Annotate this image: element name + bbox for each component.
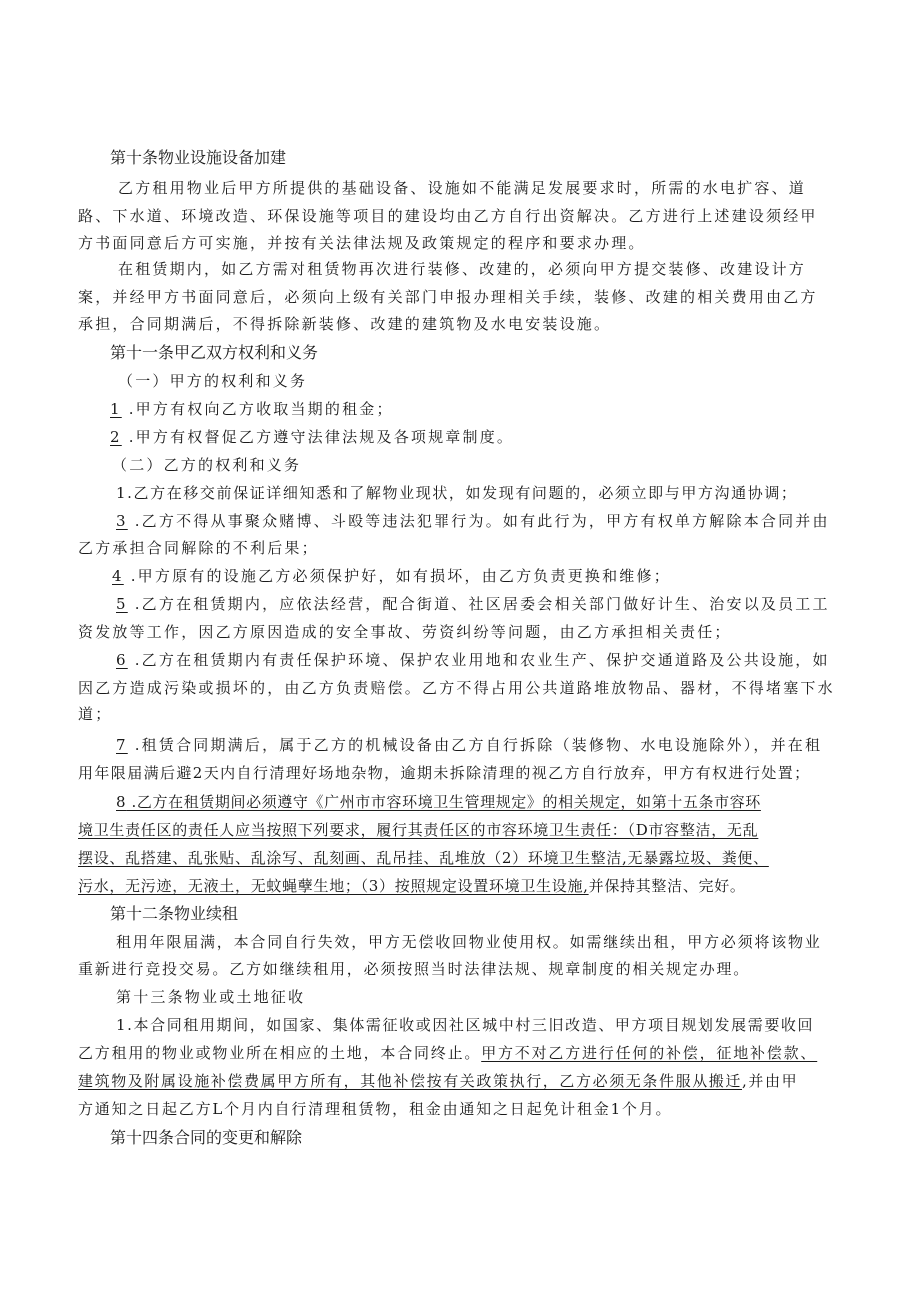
article-11-b5-line1: 5 .乙方在租赁期内，应依法经营，配合街道、社区居委会相关部门做好计生、治安以及…	[116, 594, 830, 614]
article-13-line1: 1.本合同租用期间，如国家、集体需征收或因社区城中村三旧改造、甲方项目规划发展需…	[116, 1015, 814, 1035]
article-11-b7-line2: 用年限届满后避2天内自行清理好场地杂物，逾期未拆除清理的视乙方自行放弃，甲方有权…	[78, 763, 811, 783]
article-10-para2-line1: 在租赁期内，如乙方需对租赁物再次进行装修、改建的，必须向甲方提交装修、改建设计方	[118, 259, 806, 279]
item-text: .租赁合同期满后，属于乙方的机械设备由乙方自行拆除（装修物、水电设施除外），并在…	[128, 736, 822, 754]
article-11-b8-line1: 8 .乙方在租赁期间必须遵守《广州市市容环境卫生管理规定》的相关规定，如第十五条…	[116, 792, 761, 812]
article-11-a1: 1 .甲方有权向乙方收取当期的租金；	[110, 399, 394, 419]
item-text: 并保持其整洁、完好。	[589, 877, 746, 895]
item-text: 乙方租用的物业或物业所在相应的土地，本合同终止。	[78, 1044, 481, 1062]
article-10-para1-line3: 方书面同意后方可实施，并按有关法律法规及政策规定的程序和要求办理。	[78, 233, 646, 253]
item-number: 5	[116, 595, 128, 613]
article-13-line3: 建筑物及附属设施补偿费属甲方所有，其他补偿按有关政策执行，乙方必须无条件服从搬迁…	[78, 1071, 798, 1091]
article-11-b8-line2: 境卫生责任区的责任人应当按照下列要求，履行其责任区的市容环境卫生责任：（D市容整…	[78, 820, 758, 840]
article-11-b5-line2: 资发放等工作，因乙方原因造成的安全事故、劳资纠纷等问题，由乙方承担相关责任；	[78, 622, 732, 642]
article-11-b8-line3: 摆设、乱搭建、乱张贴、乱涂写、乱刻画、乱吊挂、乱堆放（2）环境卫生整洁,无暴露垃…	[78, 848, 769, 868]
underlined-text: 甲方不对乙方进行任何的补偿，征地补偿款、	[481, 1044, 817, 1062]
item-text: ,并由甲	[742, 1072, 798, 1090]
underlined-text: 污水，无污迹，无液土，无蚊蝇孽生地；（3）按照规定设置环境卫生设施,	[78, 877, 589, 895]
article-10-para1-line2: 路、下水道、环境改造、环保设施等项目的建设均由乙方自行出资解决。乙方进行上述建设…	[78, 206, 818, 226]
underlined-text: 建筑物及附属设施补偿费属甲方所有，其他补偿按有关政策执行，乙方必须无条件服从搬迁	[78, 1072, 742, 1090]
article-11-b3-line2: 乙方承担合同解除的不利后果；	[78, 538, 319, 558]
item-number: 8	[116, 793, 126, 811]
article-10-para2-line3: 承担，合同期满后，不得拆除新装修、改建的建筑物及水电安装设施。	[78, 314, 611, 334]
item-number: 1	[110, 400, 122, 418]
item-text: .乙方在租赁期内，应依法经营，配合街道、社区居委会相关部门做好计生、治安以及员工…	[128, 595, 830, 613]
article-12-line2: 重新进行竞投交易。乙方如继续租用，必须按照当时法律法规、规章制度的相关规定办理。	[78, 959, 750, 979]
article-10-para2-line2: 案，并经甲方书面同意后，必须向上级有关部门申报办理相关手续，装修、改建的相关费用…	[78, 287, 818, 307]
item-number: 3	[116, 512, 128, 530]
item-text: .乙方在租赁期内有责任保护环境、保护农业用地和农业生产、保护交通道路及公共设施，…	[128, 651, 830, 669]
item-number: 6	[116, 651, 128, 669]
article-11-b1: 1.乙方在移交前保证详细知悉和了解物业现状，如发现有问题的，必须立即与甲方沟通协…	[116, 483, 798, 503]
article-13-line2: 乙方租用的物业或物业所在相应的土地，本合同终止。甲方不对乙方进行任何的补偿，征地…	[78, 1043, 817, 1063]
article-11-b6-line2: 因乙方造成污染或损坏的，由乙方负责赔偿。乙方不得占用公共道路堆放物品、器材，不得…	[78, 678, 835, 698]
article-11-title: 第十一条甲乙双方权利和义务	[110, 343, 318, 363]
item-number: 7	[116, 736, 128, 754]
article-12-title: 第十二条物业续租	[110, 904, 238, 924]
article-11-b3-line1: 3 .乙方不得从事聚众赌博、斗殴等违法犯罪行为。如有此行为，甲方有权单方解除本合…	[116, 511, 830, 531]
article-11-b6-line1: 6 .乙方在租赁期内有责任保护环境、保护农业用地和农业生产、保护交通道路及公共设…	[116, 650, 830, 670]
item-number: 2	[110, 428, 122, 446]
item-text: .甲方有权向乙方收取当期的租金；	[122, 400, 394, 418]
item-text: .甲方有权督促乙方遵守法律法规及各项规章制度。	[122, 428, 514, 446]
article-11-b8-line4: 污水，无污迹，无液土，无蚊蝇孽生地；（3）按照规定设置环境卫生设施,并保持其整洁…	[78, 876, 746, 896]
item-number: 4	[112, 567, 124, 585]
article-12-line1: 租用年限届满，本合同自行失效，甲方无偿收回物业使用权。如需继续出租，甲方必须将该…	[116, 932, 822, 952]
article-11-sub1: （一）甲方的权利和义务	[118, 371, 307, 391]
article-13-line4: 方通知之日起乙方L个月内自行清理租赁物，租金由通知之日起免计租金1个月。	[78, 1099, 672, 1119]
article-11-b7-line1: 7 .租赁合同期满后，属于乙方的机械设备由乙方自行拆除（装修物、水电设施除外），…	[116, 735, 822, 755]
document-page: 第十条物业设施设备加建 乙方租用物业后甲方所提供的基础设备、设施如不能满足发展要…	[0, 0, 920, 1301]
article-11-b4: 4 .甲方原有的设施乙方必须保护好，如有损坏，由乙方负责更换和维修；	[112, 566, 671, 586]
item-text: .乙方在租赁期间必须遵守《广州市市容环境卫生管理规定》的相关规定，如第十五条市容…	[126, 793, 761, 811]
article-11-sub2: （二）乙方的权利和义务	[112, 455, 301, 475]
article-13-title: 第十三条物业或土地征收	[116, 987, 305, 1007]
article-11-b6-line3: 道；	[78, 704, 112, 724]
article-10-para1-line1: 乙方租用物业后甲方所提供的基础设备、设施如不能满足发展要求时，所需的水电扩容、道	[118, 178, 806, 198]
item-text: .甲方原有的设施乙方必须保护好，如有损坏，由乙方负责更换和维修；	[124, 567, 671, 585]
article-10-title: 第十条物业设施设备加建	[110, 148, 286, 168]
article-11-a2: 2 .甲方有权督促乙方遵守法律法规及各项规章制度。	[110, 427, 514, 447]
article-14-title: 第十四条合同的变更和解除	[110, 1128, 302, 1148]
item-text: .乙方不得从事聚众赌博、斗殴等违法犯罪行为。如有此行为，甲方有权单方解除本合同并…	[128, 512, 830, 530]
